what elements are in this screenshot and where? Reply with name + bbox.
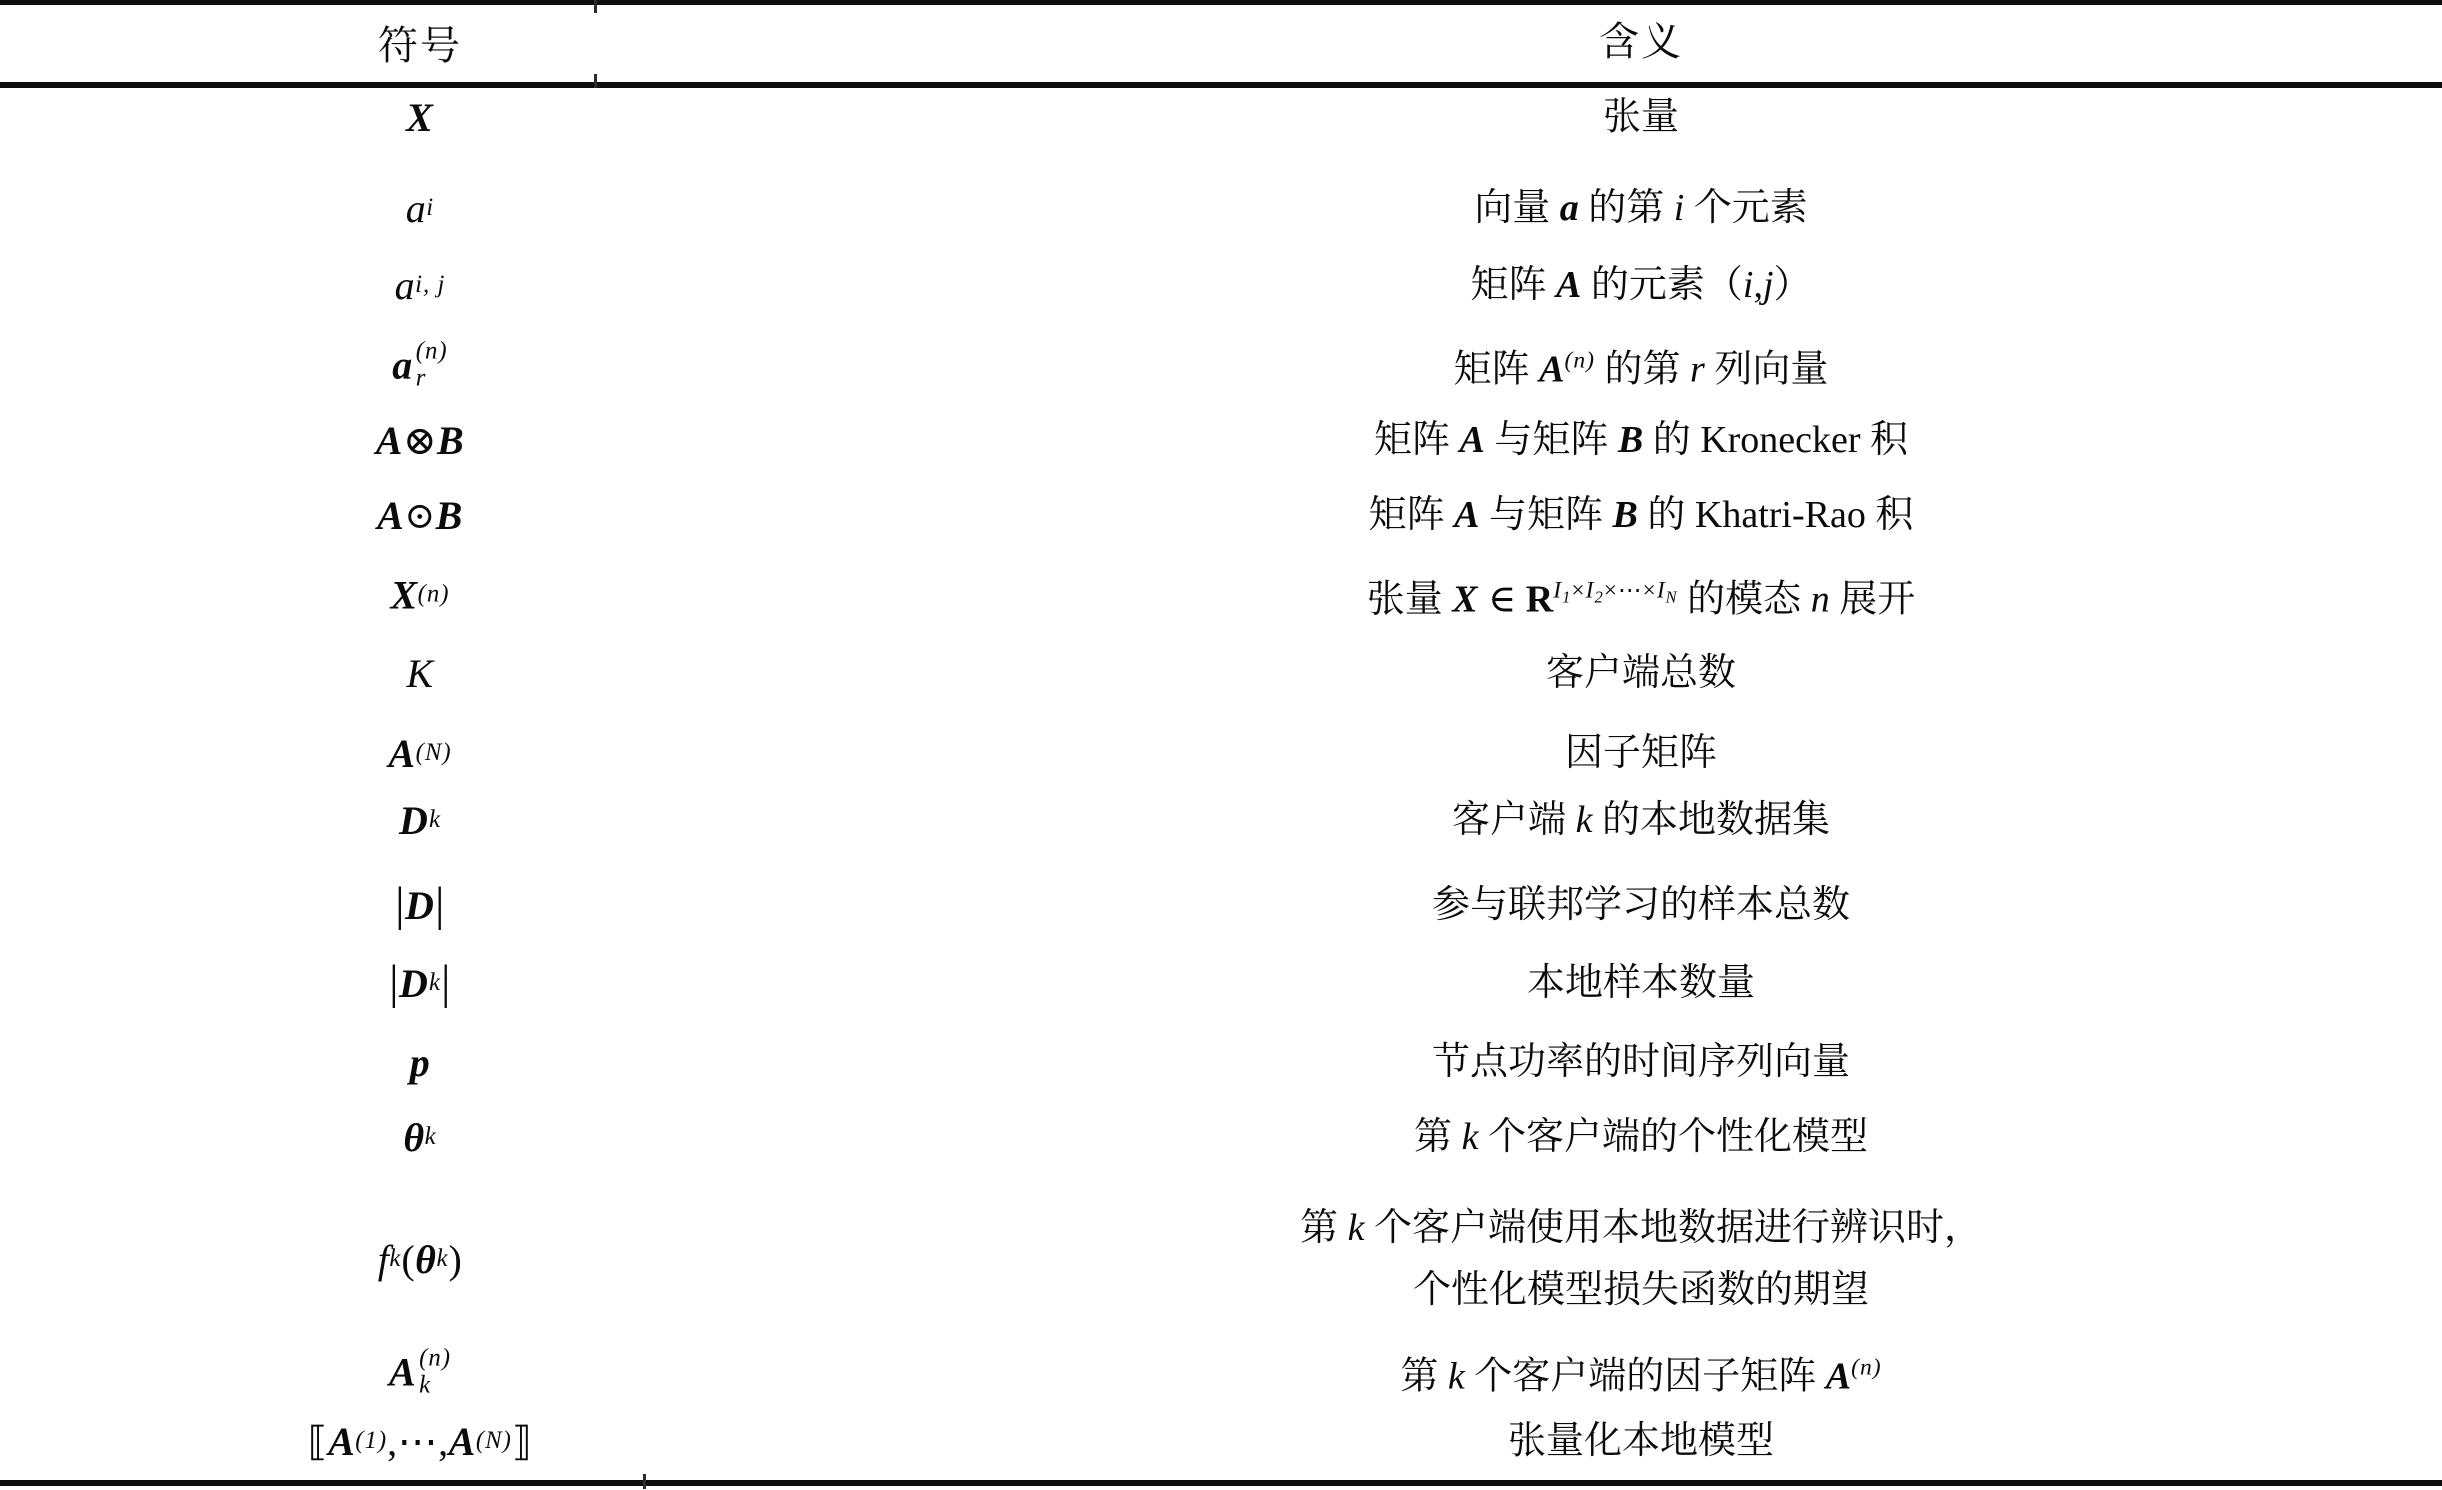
symbol-cell: θk	[0, 1114, 840, 1161]
meaning-line: 张量 X ∈ RI1×I2×⋯×IN 的模态 n 展开	[1367, 560, 1915, 631]
meaning-cell: 矩阵 A 与矩阵 B 的 Kronecker 积	[840, 409, 2442, 471]
math-run: A	[377, 492, 404, 539]
math-run: 与矩阵	[1480, 494, 1613, 536]
math-run: 第	[1400, 1355, 1448, 1397]
math-run: k	[1348, 1207, 1365, 1249]
meaning-line: 客户端 k 的本地数据集	[1452, 789, 1830, 851]
math-run: 张量	[1367, 578, 1453, 620]
table-row: θk第 k 个客户端的个性化模型	[0, 1106, 2442, 1168]
symbol-cell: Dk	[0, 797, 840, 844]
table-row: |Dk|本地样本数量	[0, 952, 2442, 1014]
math-run: k	[436, 1245, 448, 1273]
meaning-cell: 张量 X ∈ RI1×I2×⋯×IN 的模态 n 展开	[840, 560, 2442, 631]
math-run: B	[436, 492, 463, 539]
math-run: k	[429, 969, 441, 997]
math-run: ⟦	[308, 1418, 328, 1465]
math-run: 的 Khatri-Rao 积	[1638, 494, 1913, 536]
meaning-column-header: 含义	[1599, 11, 1683, 73]
meaning-line: 参与联邦学习的样本总数	[1432, 874, 1850, 936]
symbol-cell: X(n)	[0, 572, 840, 619]
math-run: k	[429, 806, 441, 834]
meaning-cell: 第 k 个客户端使用本地数据进行辨识时，个性化模型损失函数的期望	[840, 1197, 2442, 1321]
math-run: (N)	[476, 1427, 512, 1455]
meaning-cell: 向量 a 的第 i 个元素	[840, 177, 2442, 239]
math-run: 2	[1594, 588, 1603, 607]
math-run: 的本地数据集	[1592, 799, 1830, 841]
table-row: A ⊙ B矩阵 A 与矩阵 B 的 Khatri-Rao 积	[0, 484, 2442, 546]
math-run: 本地样本数量	[1527, 962, 1755, 1004]
table-header-row: 符号 含义	[0, 11, 2442, 73]
math-run: B	[437, 417, 464, 464]
math-run: a	[1560, 187, 1579, 229]
math-run: 矩阵	[1454, 348, 1540, 390]
math-run: A	[1556, 264, 1581, 306]
math-run: 参与联邦学习的样本总数	[1432, 884, 1850, 926]
table-row: A(n)k第 k 个客户端的因子矩阵 A(n)	[0, 1337, 2442, 1408]
math-run: ,	[1753, 264, 1763, 306]
math-run: 矩阵	[1470, 264, 1556, 306]
math-run: N	[1666, 588, 1678, 607]
math-run: ）	[1774, 264, 1812, 306]
table-row: X张量	[0, 86, 2442, 148]
math-run: ⊗	[403, 417, 437, 464]
math-run: (N)	[416, 739, 452, 767]
math-run: A	[328, 1418, 355, 1465]
meaning-line: 张量化本地模型	[1508, 1410, 1774, 1472]
math-run: 矩阵	[1374, 419, 1460, 461]
table-row: p节点功率的时间序列向量	[0, 1031, 2442, 1093]
meaning-line: 向量 a 的第 i 个元素	[1474, 177, 1808, 239]
meaning-line: 节点功率的时间序列向量	[1432, 1031, 1850, 1093]
math-run: 客户端	[1452, 799, 1576, 841]
meaning-line: 第 k 个客户端的因子矩阵 A(n)	[1400, 1337, 1881, 1408]
math-run: 客户端总数	[1546, 652, 1736, 694]
symbol-cell: ai	[0, 185, 840, 232]
symbol-cell: p	[0, 1039, 840, 1086]
math-run: 因子矩阵	[1565, 732, 1717, 774]
math-run: A	[1454, 494, 1479, 536]
math-run: |	[395, 878, 405, 932]
symbol-cell: ai, j	[0, 262, 840, 309]
math-run: (1)	[355, 1427, 387, 1455]
meaning-line: 第 k 个客户端使用本地数据进行辨识时，	[1300, 1197, 1982, 1259]
math-run: θ	[403, 1114, 424, 1161]
math-run: ×	[1571, 578, 1585, 604]
math-run: 节点功率的时间序列向量	[1432, 1041, 1850, 1083]
math-run: |	[441, 956, 451, 1010]
math-run: n	[1811, 578, 1830, 620]
meaning-cell: 张量	[840, 86, 2442, 148]
math-run: )	[448, 1236, 462, 1283]
math-run: k	[1448, 1355, 1465, 1397]
math-run: D	[405, 882, 435, 929]
math-run: f	[378, 1236, 390, 1283]
meaning-line: 矩阵 A 与矩阵 B 的 Khatri-Rao 积	[1369, 484, 1914, 546]
math-run: p	[410, 1039, 431, 1086]
math-run: |	[389, 956, 399, 1010]
math-run: a	[395, 262, 416, 309]
meaning-line: 个性化模型损失函数的期望	[1413, 1259, 1869, 1321]
meaning-cell: 客户端 k 的本地数据集	[840, 789, 2442, 851]
math-run: 第	[1414, 1116, 1462, 1158]
supsub-stack: (n)k	[419, 1344, 451, 1400]
meaning-cell: 因子矩阵	[840, 722, 2442, 784]
math-run: I1×I2×⋯×IN	[1553, 578, 1677, 604]
table-row: |D|参与联邦学习的样本总数	[0, 874, 2442, 936]
math-run: D	[399, 960, 429, 1007]
math-run: r	[1690, 348, 1705, 390]
math-run: R	[1526, 578, 1553, 620]
math-run: a	[406, 185, 427, 232]
math-run: 张量化本地模型	[1508, 1420, 1774, 1462]
math-run: A	[1459, 419, 1484, 461]
symbol-cell: A(n)k	[0, 1344, 840, 1400]
meaning-cell: 本地样本数量	[840, 952, 2442, 1014]
math-run: 个客户端使用本地数据进行辨识时，	[1364, 1207, 1982, 1249]
math-run: X	[1452, 578, 1478, 620]
meaning-cell: 矩阵 A(n) 的第 r 列向量	[840, 330, 2442, 401]
symbol-column-header-cell: 符号	[0, 14, 840, 71]
symbol-cell: A ⊙ B	[0, 492, 840, 539]
meaning-cell: 张量化本地模型	[840, 1410, 2442, 1472]
meaning-line: 本地样本数量	[1527, 952, 1755, 1014]
math-run: ⟧	[512, 1418, 532, 1465]
math-run: i	[1674, 187, 1685, 229]
math-run: 的第	[1579, 187, 1674, 229]
math-run: I	[1657, 578, 1666, 604]
math-run: A	[389, 1349, 416, 1396]
math-run: X	[406, 94, 434, 141]
math-run: A	[1826, 1355, 1851, 1397]
meaning-line: 矩阵 A 的元素（i,j）	[1470, 254, 1811, 316]
math-run: ,	[438, 1418, 449, 1465]
meaning-cell: 矩阵 A 的元素（i,j）	[840, 254, 2442, 316]
symbol-cell: X	[0, 94, 840, 141]
math-run: (n)	[1565, 348, 1595, 374]
supsub-stack: (n)r	[416, 337, 448, 393]
symbol-cell: A ⊗ B	[0, 417, 840, 464]
math-run: A	[376, 417, 403, 464]
math-run: k	[425, 1123, 437, 1151]
meaning-line: 矩阵 A(n) 的第 r 列向量	[1454, 330, 1829, 401]
symbol-cell: K	[0, 650, 840, 697]
table-row: ai向量 a 的第 i 个元素	[0, 177, 2442, 239]
math-run: 个客户端的个性化模型	[1478, 1116, 1868, 1158]
math-run: i	[426, 194, 434, 222]
math-run: 的 Kronecker 积	[1643, 419, 1908, 461]
math-run: θ	[415, 1236, 436, 1283]
symbol-cell: fk(θk)	[0, 1236, 840, 1283]
math-run: A	[1539, 348, 1564, 390]
table-row: ai, j矩阵 A 的元素（i,j）	[0, 254, 2442, 316]
symbol-cell: A(N)	[0, 730, 840, 777]
math-run: 矩阵	[1369, 494, 1455, 536]
math-run: 个客户端的因子矩阵	[1465, 1355, 1826, 1397]
math-run: (	[401, 1236, 415, 1283]
meaning-cell: 矩阵 A 与矩阵 B 的 Khatri-Rao 积	[840, 484, 2442, 546]
scan-artifact-tick	[643, 1474, 646, 1489]
math-run: 的元素（	[1581, 264, 1743, 306]
table-row: a(n)r矩阵 A(n) 的第 r 列向量	[0, 330, 2442, 401]
math-run: 的第	[1595, 348, 1690, 390]
math-run: ⋯	[398, 1418, 439, 1465]
math-run: a	[392, 342, 413, 389]
meaning-cell: 第 k 个客户端的个性化模型	[840, 1106, 2442, 1168]
math-run: 列向量	[1705, 348, 1829, 390]
math-run: A	[388, 730, 415, 777]
math-run: 向量	[1474, 187, 1560, 229]
symbol-cell: a(n)r	[0, 337, 840, 393]
math-run: 个元素	[1684, 187, 1808, 229]
math-run: k	[1576, 799, 1593, 841]
math-run: I	[1553, 578, 1562, 604]
math-run: 与矩阵	[1485, 419, 1618, 461]
meaning-cell: 第 k 个客户端的因子矩阵 A(n)	[840, 1337, 2442, 1408]
math-run: 第	[1300, 1207, 1348, 1249]
table-row: K客户端总数	[0, 642, 2442, 704]
math-run: 1	[1562, 588, 1571, 607]
math-run: 展开	[1830, 578, 1916, 620]
symbol-cell: |D|	[0, 878, 840, 932]
math-run: K	[406, 650, 433, 697]
meaning-line: 张量	[1603, 86, 1679, 148]
math-run: ×⋯×	[1604, 578, 1657, 604]
symbol-cell: ⟦A(1),⋯,A(N)⟧	[0, 1418, 840, 1465]
table-bottom-rule	[0, 1480, 2442, 1486]
math-run: D	[399, 797, 429, 844]
table-row: A(N)因子矩阵	[0, 722, 2442, 784]
math-run: ,	[387, 1418, 398, 1465]
meaning-cell: 节点功率的时间序列向量	[840, 1031, 2442, 1093]
table-row: X(n)张量 X ∈ RI1×I2×⋯×IN 的模态 n 展开	[0, 560, 2442, 631]
table-row: ⟦A(1),⋯,A(N)⟧张量化本地模型	[0, 1410, 2442, 1472]
math-run: A	[449, 1418, 476, 1465]
math-run: (n)	[418, 581, 450, 609]
meaning-column-header-cell: 含义	[840, 11, 2442, 73]
math-run: k	[389, 1245, 401, 1273]
meaning-line: 矩阵 A 与矩阵 B 的 Kronecker 积	[1374, 409, 1908, 471]
symbol-column-header: 符号	[378, 14, 462, 71]
math-run: (n)	[1851, 1355, 1881, 1381]
math-run: 的模态	[1678, 578, 1811, 620]
table-row: A ⊗ B矩阵 A 与矩阵 B 的 Kronecker 积	[0, 409, 2442, 471]
math-run: B	[1613, 494, 1638, 536]
table-top-rule	[0, 0, 2442, 5]
meaning-line: 客户端总数	[1546, 642, 1736, 704]
symbol-cell: |Dk|	[0, 956, 840, 1010]
math-run: |	[435, 878, 445, 932]
math-run: i, j	[415, 271, 445, 299]
meaning-cell: 客户端总数	[840, 642, 2442, 704]
meaning-line: 第 k 个客户端的个性化模型	[1414, 1106, 1868, 1168]
math-run: ∈	[1479, 578, 1526, 620]
math-run: 张量	[1603, 96, 1679, 138]
math-run: ⊙	[404, 494, 435, 537]
math-run: j	[1763, 264, 1774, 306]
math-run: B	[1618, 419, 1643, 461]
meaning-line: 因子矩阵	[1565, 722, 1717, 784]
math-run: X	[390, 572, 417, 619]
math-run: 个性化模型损失函数的期望	[1413, 1269, 1869, 1311]
math-run: i	[1743, 264, 1754, 306]
table-row: Dk客户端 k 的本地数据集	[0, 789, 2442, 851]
meaning-cell: 参与联邦学习的样本总数	[840, 874, 2442, 936]
math-run: k	[1462, 1116, 1479, 1158]
notation-table-page: 符号 含义 X张量ai向量 a 的第 i 个元素ai, j矩阵 A 的元素（i,…	[0, 0, 2442, 1490]
table-row: fk(θk)第 k 个客户端使用本地数据进行辨识时，个性化模型损失函数的期望	[0, 1197, 2442, 1321]
